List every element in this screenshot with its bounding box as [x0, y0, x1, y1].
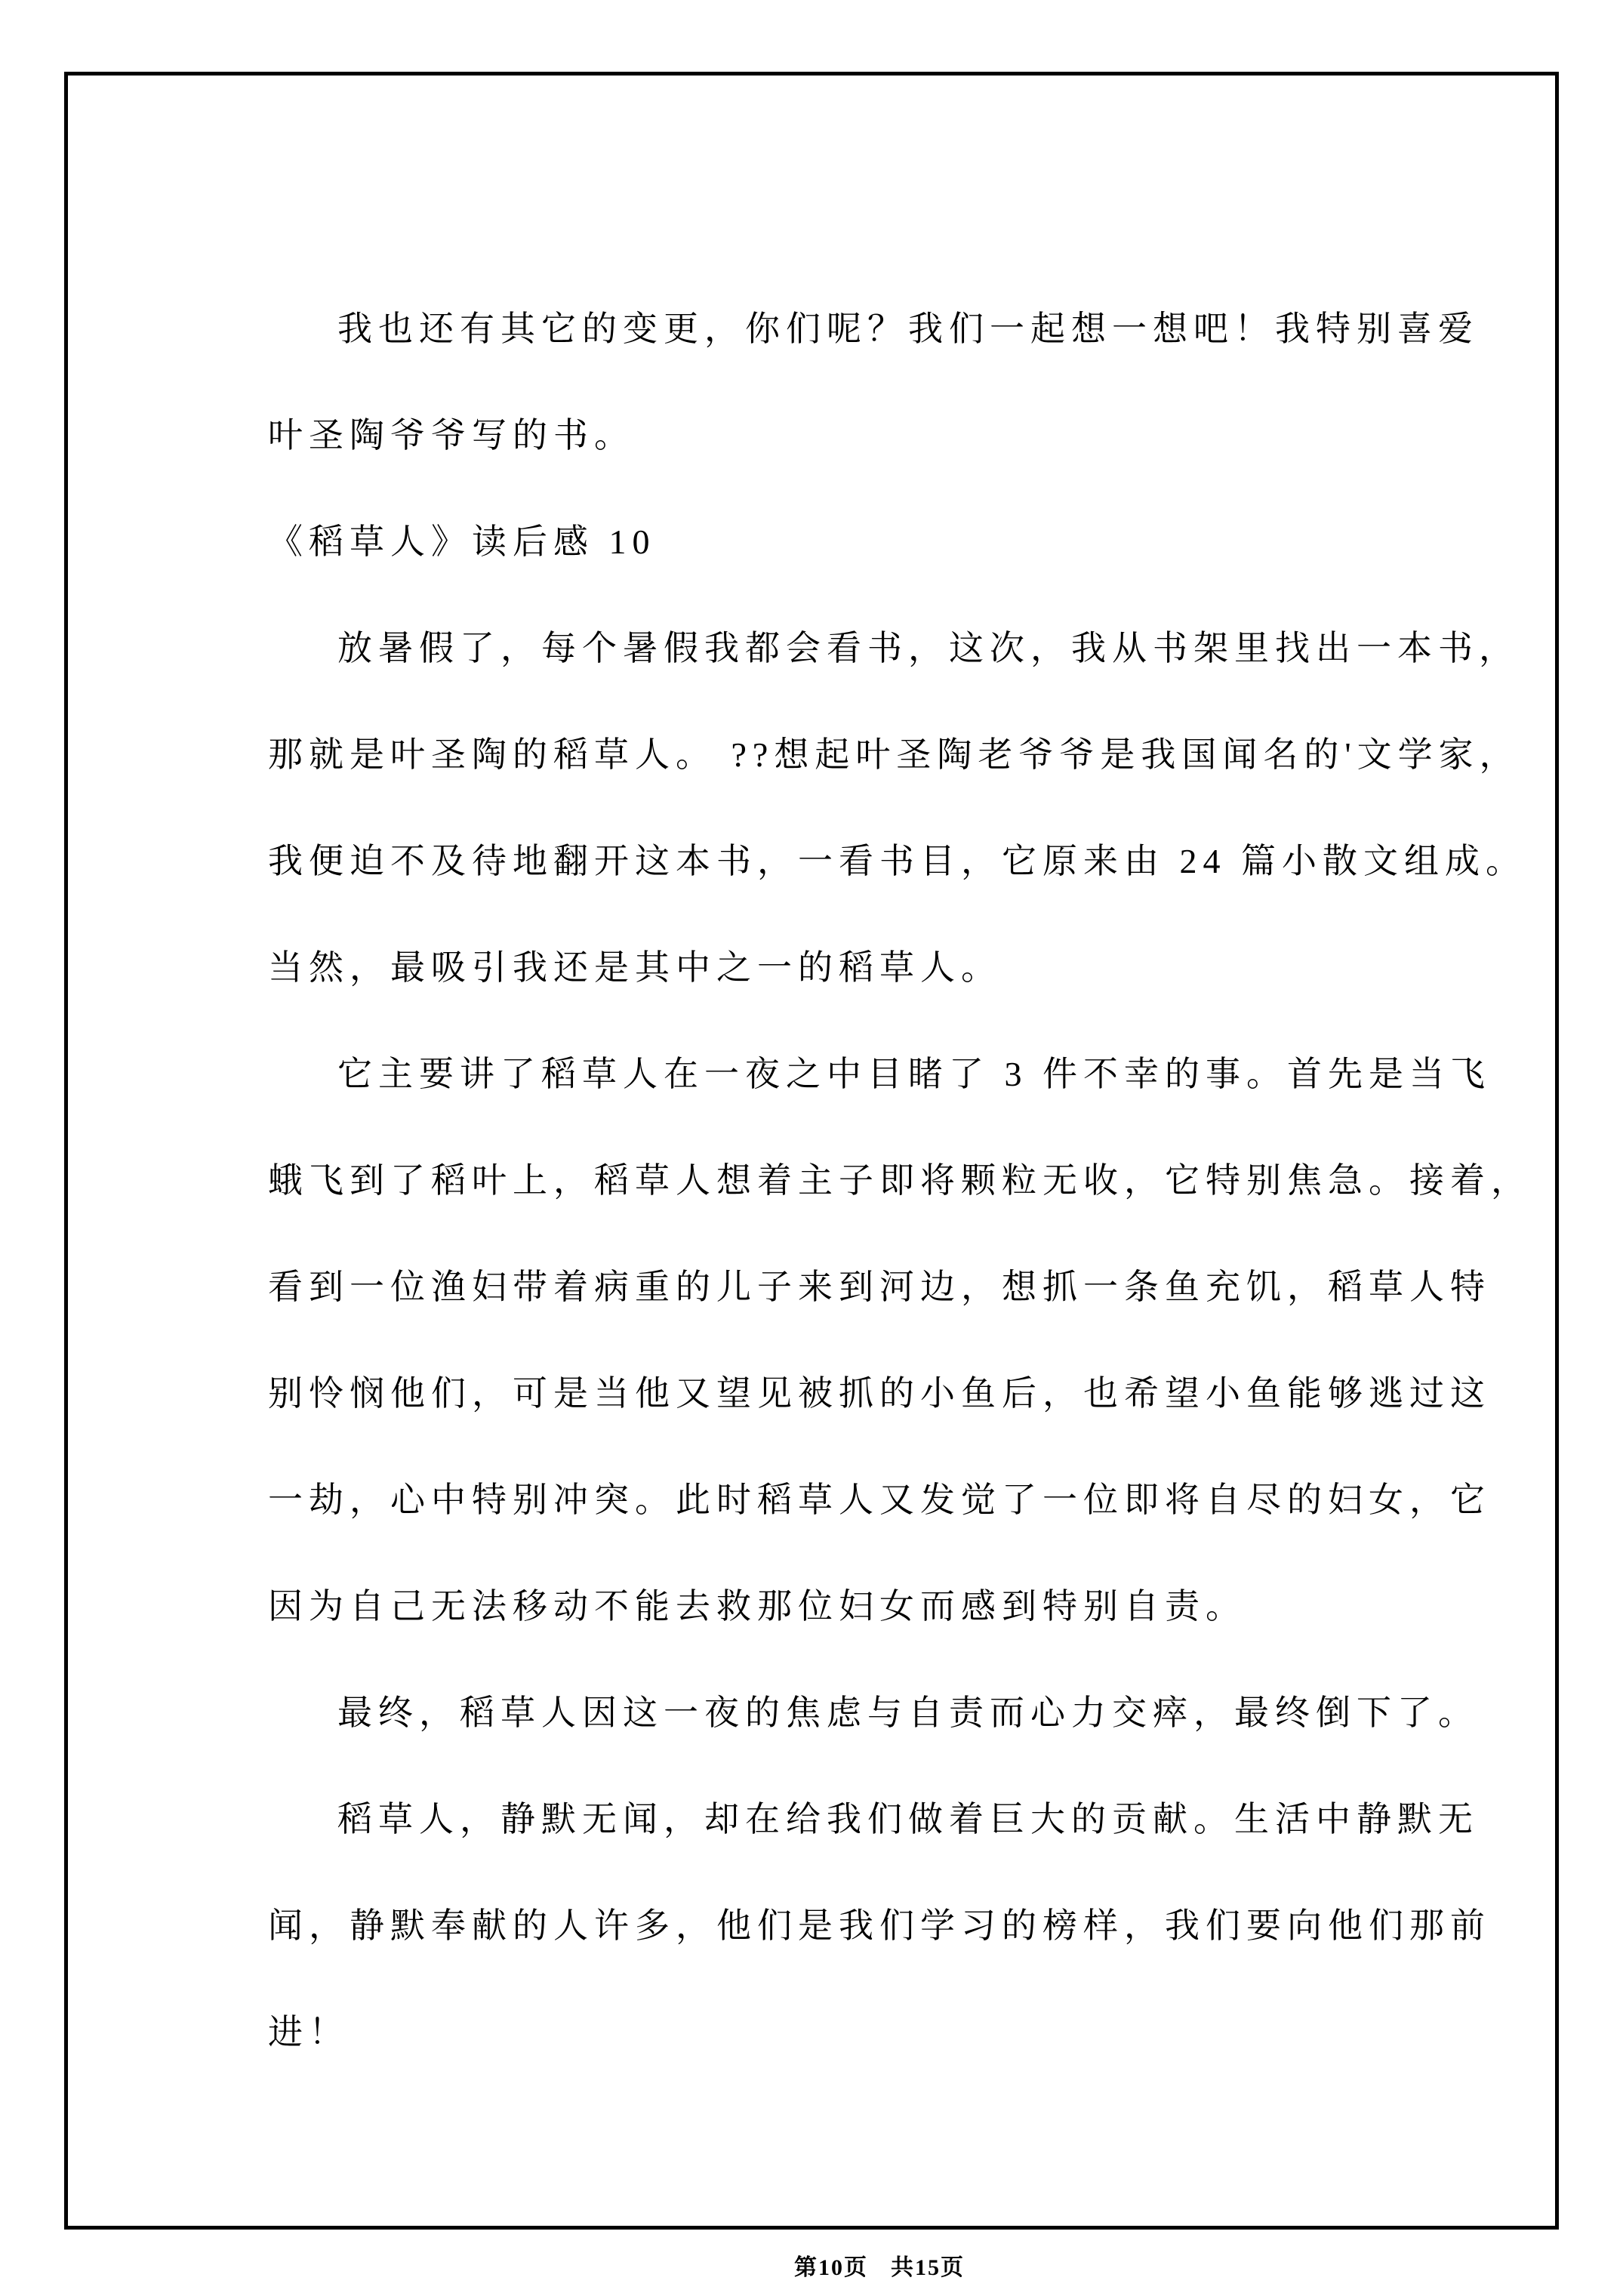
text-line: 那就是叶圣陶的稻草人。 ??想起叶圣陶老爷爷是我国闻名的'文学家， [268, 701, 1498, 808]
text-line: 别怜悯他们，可是当他又望见被抓的小鱼后，也希望小鱼能够逃过这 [268, 1340, 1498, 1447]
text-line: 我也还有其它的变更，你们呢？我们一起想一想吧！我特别喜爱 [268, 276, 1498, 382]
heading-line: 《稻草人》读后感 10 [268, 488, 1498, 595]
text-line: 它主要讲了稻草人在一夜之中目睹了 3 件不幸的事。首先是当飞 [268, 1021, 1498, 1127]
document-body: 我也还有其它的变更，你们呢？我们一起想一想吧！我特别喜爱叶圣陶爷爷写的书。《稻草… [268, 276, 1498, 2085]
page-footer: 第10页共15页 [68, 2248, 1623, 2282]
text-line: 最终，稻草人因这一夜的焦虑与自责而心力交瘁，最终倒下了。 [268, 1660, 1498, 1766]
text-line: 叶圣陶爷爷写的书。 [268, 382, 1498, 488]
document-page: 我也还有其它的变更，你们呢？我们一起想一想吧！我特别喜爱叶圣陶爷爷写的书。《稻草… [0, 0, 1623, 2296]
text-line: 闻，静默奉献的人许多，他们是我们学习的榜样，我们要向他们那前 [268, 1872, 1498, 1979]
text-line: 一劫，心中特别冲突。此时稻草人又发觉了一位即将自尽的妇女，它 [268, 1447, 1498, 1553]
text-line: 我便迫不及待地翻开这本书，一看书目，它原来由 24 篇小散文组成。 [268, 808, 1498, 914]
text-line: 看到一位渔妇带着病重的儿子来到河边，想抓一条鱼充饥，稻草人特 [268, 1234, 1498, 1340]
text-line: 因为自己无法移动不能去救那位妇女而感到特别自责。 [268, 1553, 1498, 1660]
text-line: 蛾飞到了稻叶上，稻草人想着主子即将颗粒无收，它特别焦急。接着， [268, 1127, 1498, 1234]
text-line: 进！ [268, 1979, 1498, 2085]
text-line: 稻草人，静默无闻，却在给我们做着巨大的贡献。生活中静默无 [268, 1766, 1498, 1872]
page-number: 第10页 [794, 2255, 868, 2280]
page-total: 共15页 [891, 2255, 965, 2280]
text-line: 当然，最吸引我还是其中之一的稻草人。 [268, 914, 1498, 1021]
page-border-frame: 我也还有其它的变更，你们呢？我们一起想一想吧！我特别喜爱叶圣陶爷爷写的书。《稻草… [64, 72, 1559, 2230]
text-line: 放暑假了，每个暑假我都会看书，这次，我从书架里找出一本书， [268, 595, 1498, 701]
